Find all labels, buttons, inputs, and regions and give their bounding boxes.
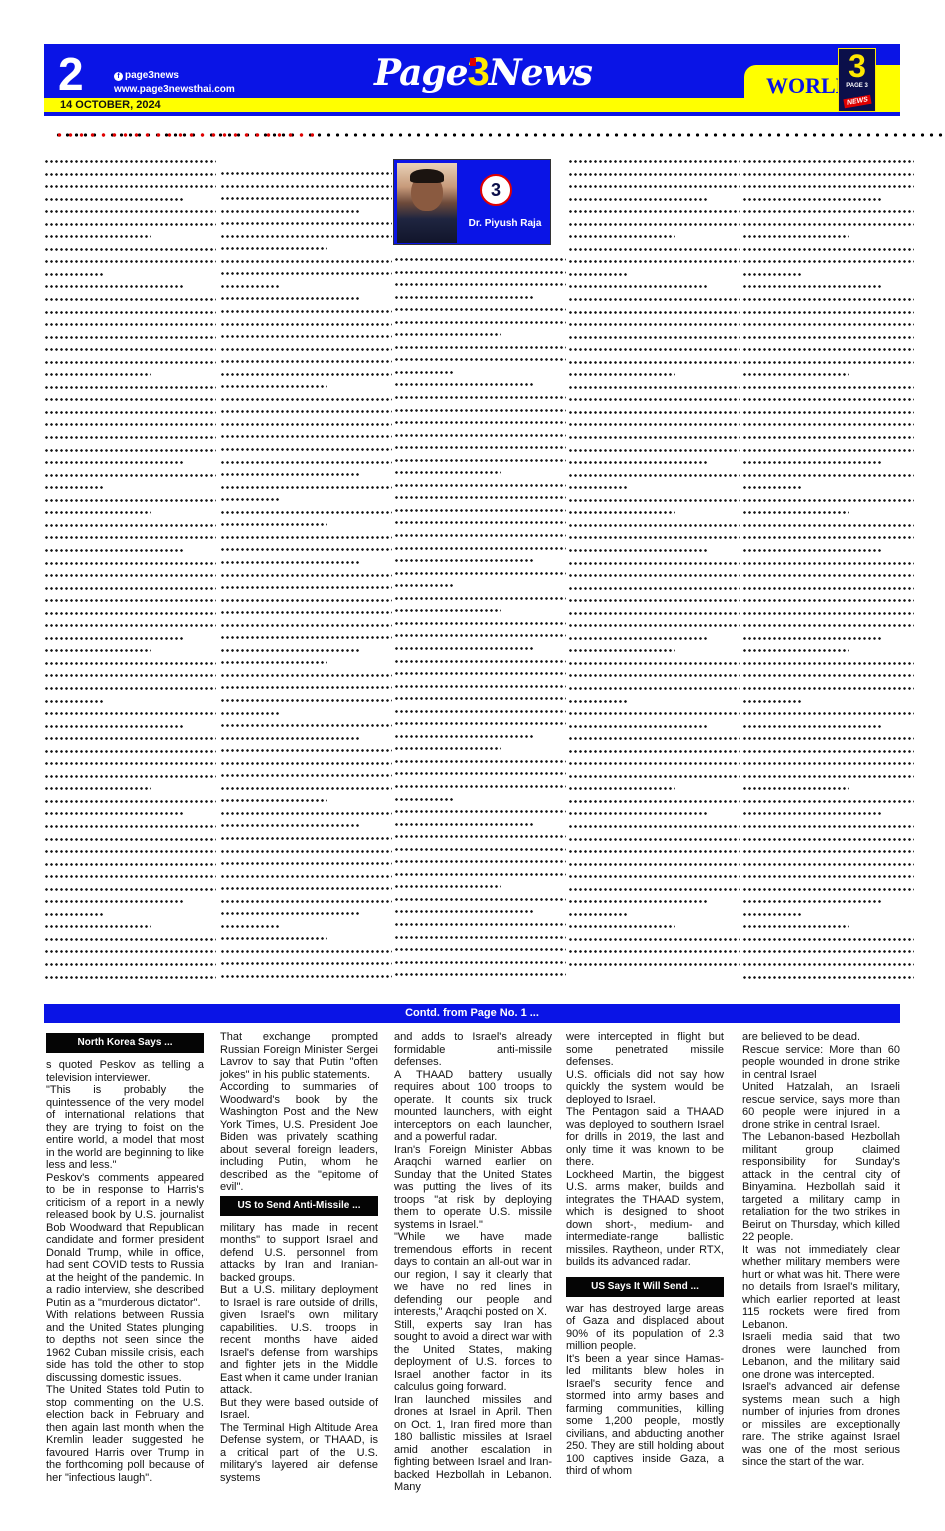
text-line-placeholder	[44, 398, 216, 401]
text-line-placeholder	[568, 536, 740, 539]
author-photo	[397, 163, 457, 243]
text-line-placeholder	[44, 173, 216, 176]
text-line-placeholder	[220, 247, 327, 250]
text-line-placeholder	[220, 448, 392, 451]
feature-column-1	[44, 160, 216, 988]
text-line-placeholder	[44, 524, 216, 527]
text-line-placeholder	[220, 335, 392, 338]
text-line-placeholder	[220, 398, 392, 401]
text-line-placeholder	[394, 496, 566, 499]
text-line-placeholder	[568, 775, 740, 778]
text-line-placeholder	[220, 812, 392, 815]
text-line-placeholder	[742, 725, 883, 728]
text-line-placeholder	[220, 900, 392, 903]
feature-column-2	[220, 172, 392, 988]
text-line-placeholder	[742, 624, 914, 627]
paragraph: The Lebanon-based Hezbollah militant gro…	[742, 1131, 900, 1244]
text-line-placeholder	[44, 637, 185, 640]
text-line-placeholder	[220, 272, 392, 275]
text-line-placeholder	[568, 386, 740, 389]
text-line-placeholder	[568, 210, 740, 213]
text-line-placeholder	[44, 574, 216, 577]
text-line-placeholder	[568, 474, 740, 477]
text-line-placeholder	[394, 321, 566, 324]
text-line-placeholder	[568, 549, 709, 552]
text-line-placeholder	[44, 499, 216, 502]
text-line-placeholder	[742, 398, 914, 401]
text-line-placeholder	[220, 762, 392, 765]
text-line-placeholder	[742, 235, 849, 238]
text-line-placeholder	[742, 173, 914, 176]
text-line-placeholder	[44, 599, 216, 602]
text-line-placeholder	[220, 197, 392, 200]
text-line-placeholder	[742, 423, 914, 426]
continued-banner: Contd. from Page No. 1 ...	[44, 1004, 900, 1023]
text-line-placeholder	[220, 523, 327, 526]
text-line-placeholder	[220, 862, 392, 865]
text-line-placeholder	[568, 185, 740, 188]
text-line-placeholder	[394, 672, 566, 675]
text-line-placeholder	[742, 674, 914, 677]
text-line-placeholder	[568, 373, 675, 376]
text-line-placeholder	[44, 248, 216, 251]
text-line-placeholder	[568, 674, 740, 677]
text-line-placeholder	[568, 260, 740, 263]
text-line-placeholder	[568, 273, 628, 276]
text-line-placeholder	[742, 160, 914, 163]
text-line-placeholder	[44, 198, 185, 201]
paragraph: were intercepted in flight but some pene…	[566, 1031, 724, 1069]
text-line-placeholder	[742, 461, 883, 464]
text-line-placeholder	[394, 409, 566, 412]
text-line-placeholder	[44, 210, 216, 213]
text-line-placeholder	[394, 308, 566, 311]
text-line-placeholder	[568, 649, 675, 652]
paragraph: Israeli media said that two drones were …	[742, 1331, 900, 1381]
brand-digit: 3	[468, 50, 489, 94]
text-line-placeholder	[220, 912, 361, 915]
text-line-placeholder	[742, 273, 802, 276]
text-line-placeholder	[44, 185, 216, 188]
text-line-placeholder	[220, 373, 392, 376]
text-line-placeholder	[44, 863, 216, 866]
text-line-placeholder	[220, 297, 361, 300]
paragraph: Israel's advanced air defense systems me…	[742, 1381, 900, 1469]
text-line-placeholder	[568, 812, 709, 815]
text-line-placeholder	[44, 361, 216, 364]
text-line-placeholder	[44, 787, 151, 790]
text-line-placeholder	[44, 674, 216, 677]
text-line-placeholder	[220, 887, 392, 890]
text-line-placeholder	[220, 423, 392, 426]
text-line-placeholder	[742, 963, 914, 966]
text-line-placeholder	[394, 609, 501, 612]
paragraph: Still, experts say Iran has sought to av…	[394, 1319, 552, 1394]
text-line-placeholder	[394, 647, 535, 650]
text-line-placeholder	[220, 222, 392, 225]
text-line-placeholder	[742, 649, 849, 652]
text-line-placeholder	[394, 333, 501, 336]
paragraph: U.S. officials did not say how quickly t…	[566, 1069, 724, 1107]
feature-column-3	[394, 258, 566, 986]
text-line-placeholder	[394, 785, 566, 788]
continued-column-3: and adds to Israel's already formidable …	[394, 1031, 552, 1494]
text-line-placeholder	[742, 574, 914, 577]
paragraph: and adds to Israel's already formidable …	[394, 1031, 552, 1069]
text-line-placeholder	[742, 285, 883, 288]
text-line-placeholder	[394, 459, 566, 462]
text-line-placeholder	[220, 210, 361, 213]
text-line-placeholder	[394, 697, 566, 700]
text-line-placeholder	[742, 687, 914, 690]
page3-logo-icon: 3	[480, 174, 512, 206]
text-line-placeholder	[394, 735, 535, 738]
text-line-placeholder	[44, 800, 216, 803]
text-line-placeholder	[220, 661, 327, 664]
text-line-placeholder	[742, 449, 914, 452]
text-line-placeholder	[394, 885, 501, 888]
text-line-placeholder	[220, 837, 392, 840]
paragraph: But a U.S. military deployment to Israel…	[220, 1284, 378, 1397]
text-line-placeholder	[220, 824, 361, 827]
text-line-placeholder	[394, 358, 566, 361]
text-line-placeholder	[220, 799, 327, 802]
text-line-placeholder	[742, 612, 914, 615]
text-line-placeholder	[742, 298, 914, 301]
text-line-placeholder	[44, 423, 216, 426]
text-line-placeholder	[742, 750, 914, 753]
text-line-placeholder	[44, 323, 216, 326]
text-line-placeholder	[220, 385, 327, 388]
text-line-placeholder	[44, 260, 216, 263]
text-line-placeholder	[44, 950, 216, 953]
text-line-placeholder	[394, 923, 566, 926]
brand-logo: Page3News	[374, 50, 592, 95]
text-line-placeholder	[568, 725, 709, 728]
text-line-placeholder	[742, 474, 914, 477]
text-line-placeholder	[394, 371, 454, 374]
paragraph: It was not immediately clear whether mil…	[742, 1244, 900, 1332]
text-line-placeholder	[742, 712, 914, 715]
text-line-placeholder	[568, 160, 740, 163]
text-line-placeholder	[394, 271, 566, 274]
paragraph: It's been a year since Hamas-led militan…	[566, 1353, 724, 1478]
text-line-placeholder	[44, 223, 216, 226]
text-line-placeholder	[394, 798, 454, 801]
text-line-placeholder	[568, 637, 709, 640]
text-line-placeholder	[394, 685, 566, 688]
masthead: 2 fpage3news www.page3newsthai.com Page3…	[44, 44, 900, 116]
text-line-placeholder	[394, 509, 566, 512]
text-line-placeholder	[568, 737, 740, 740]
paragraph: Peskov's comments appeared to be in resp…	[46, 1172, 204, 1310]
text-line-placeholder	[568, 900, 709, 903]
text-line-placeholder	[44, 474, 216, 477]
text-line-placeholder	[568, 875, 740, 878]
text-line-placeholder	[220, 348, 392, 351]
text-line-placeholder	[568, 838, 740, 841]
text-line-placeholder	[44, 938, 216, 941]
text-line-placeholder	[568, 624, 740, 627]
text-line-placeholder	[568, 449, 740, 452]
text-line-placeholder	[44, 737, 216, 740]
text-line-placeholder	[742, 511, 849, 514]
text-line-placeholder	[742, 411, 914, 414]
text-line-placeholder	[394, 973, 566, 976]
subhead-anti-missile: US to Send Anti-Missile ...	[220, 1196, 378, 1216]
text-line-placeholder	[394, 446, 566, 449]
text-line-placeholder	[742, 361, 914, 364]
paragraph: But they were based outside of Israel.	[220, 1397, 378, 1422]
facebook-handle[interactable]: fpage3news	[114, 69, 235, 83]
text-line-placeholder	[742, 913, 802, 916]
text-line-placeholder	[220, 649, 361, 652]
text-line-placeholder	[44, 963, 216, 966]
text-line-placeholder	[394, 860, 566, 863]
text-line-placeholder	[568, 499, 740, 502]
text-line-placeholder	[44, 838, 216, 841]
text-line-placeholder	[742, 875, 914, 878]
text-line-placeholder	[568, 398, 740, 401]
text-line-placeholder	[568, 511, 675, 514]
text-line-placeholder	[742, 900, 883, 903]
text-line-placeholder	[742, 812, 883, 815]
text-line-placeholder	[44, 449, 216, 452]
text-line-placeholder	[44, 825, 216, 828]
continued-column-2: That exchange prompted Russian Foreign M…	[220, 1031, 378, 1484]
text-line-placeholder	[742, 587, 914, 590]
text-line-placeholder	[394, 383, 535, 386]
text-line-placeholder	[394, 534, 566, 537]
text-line-placeholder	[220, 712, 280, 715]
text-line-placeholder	[44, 888, 216, 891]
text-line-placeholder	[568, 612, 740, 615]
text-line-placeholder	[568, 348, 740, 351]
text-line-placeholder	[742, 386, 914, 389]
text-line-placeholder	[742, 486, 802, 489]
website-link[interactable]: www.page3newsthai.com	[114, 83, 235, 97]
text-line-placeholder	[44, 976, 216, 979]
text-line-placeholder	[742, 762, 914, 765]
paragraph: The United States told Putin to stop com…	[46, 1384, 204, 1484]
text-line-placeholder	[220, 699, 392, 702]
text-line-placeholder	[742, 950, 914, 953]
text-line-placeholder	[220, 749, 392, 752]
continued-column-1: North Korea Says ... s quoted Peskov as …	[46, 1031, 204, 1484]
text-line-placeholder	[394, 521, 566, 524]
text-line-placeholder	[220, 461, 392, 464]
text-line-placeholder	[44, 875, 216, 878]
paragraph: The Pentagon said a THAAD was deployed t…	[566, 1106, 724, 1169]
text-line-placeholder	[44, 850, 216, 853]
text-line-placeholder	[220, 624, 392, 627]
text-line-placeholder	[44, 925, 151, 928]
text-line-placeholder	[220, 536, 392, 539]
text-line-placeholder	[394, 760, 566, 763]
text-line-placeholder	[568, 361, 740, 364]
text-line-placeholder	[44, 373, 151, 376]
text-line-placeholder	[220, 310, 392, 313]
text-line-placeholder	[394, 434, 566, 437]
text-line-placeholder	[742, 888, 914, 891]
paragraph: "While we have made tremendous efforts i…	[394, 1231, 552, 1319]
text-line-placeholder	[568, 712, 740, 715]
text-line-placeholder	[220, 599, 392, 602]
text-line-placeholder	[568, 850, 740, 853]
text-line-placeholder	[220, 875, 392, 878]
text-line-placeholder	[44, 536, 216, 539]
feature-column-5	[742, 160, 914, 988]
text-line-placeholder	[44, 725, 185, 728]
text-line-placeholder	[44, 712, 216, 715]
text-line-placeholder	[568, 461, 709, 464]
text-line-placeholder	[394, 961, 566, 964]
text-line-placeholder	[742, 838, 914, 841]
author-name: Dr. Piyush Raja	[460, 218, 550, 229]
text-line-placeholder	[220, 686, 392, 689]
text-line-placeholder	[742, 800, 914, 803]
text-line-placeholder	[568, 599, 740, 602]
text-line-placeholder	[742, 549, 883, 552]
text-line-placeholder	[220, 185, 392, 188]
text-line-placeholder	[394, 622, 566, 625]
text-line-placeholder	[742, 524, 914, 527]
text-line-placeholder	[220, 737, 361, 740]
text-line-placeholder	[394, 810, 566, 813]
text-line-placeholder	[44, 700, 104, 703]
feature-column-4	[568, 160, 740, 976]
text-line-placeholder	[394, 710, 566, 713]
text-line-placeholder	[220, 937, 327, 940]
text-line-placeholder	[44, 160, 216, 163]
paragraph: United Hatzalah, an Israeli rescue servi…	[742, 1081, 900, 1131]
text-line-placeholder	[220, 235, 392, 238]
text-line-placeholder	[568, 285, 709, 288]
text-line-placeholder	[44, 762, 216, 765]
text-line-placeholder	[394, 597, 566, 600]
text-line-placeholder	[44, 649, 151, 652]
text-line-placeholder	[220, 850, 392, 853]
text-line-placeholder	[220, 511, 392, 514]
text-line-placeholder	[44, 411, 216, 414]
text-line-placeholder	[568, 925, 675, 928]
text-line-placeholder	[394, 873, 566, 876]
text-line-placeholder	[742, 323, 914, 326]
text-line-placeholder	[44, 348, 216, 351]
text-line-placeholder	[394, 258, 566, 261]
text-line-placeholder	[742, 775, 914, 778]
text-line-placeholder	[44, 913, 104, 916]
text-line-placeholder	[220, 586, 392, 589]
text-line-placeholder	[44, 612, 216, 615]
paragraph: That exchange prompted Russian Foreign M…	[220, 1031, 378, 1081]
text-line-placeholder	[742, 198, 883, 201]
text-line-placeholder	[568, 700, 628, 703]
text-line-placeholder	[220, 473, 361, 476]
text-line-placeholder	[568, 888, 740, 891]
text-line-placeholder	[568, 787, 675, 790]
text-line-placeholder	[220, 410, 392, 413]
paragraph: are believed to be dead.	[742, 1031, 900, 1044]
text-line-placeholder	[44, 298, 216, 301]
text-line-placeholder	[394, 772, 566, 775]
text-line-placeholder	[220, 925, 280, 928]
text-line-placeholder	[742, 850, 914, 853]
text-line-placeholder	[742, 662, 914, 665]
text-line-placeholder	[394, 747, 501, 750]
text-line-placeholder	[44, 812, 185, 815]
text-line-placeholder	[742, 562, 914, 565]
text-line-placeholder	[568, 574, 740, 577]
text-line-placeholder	[742, 436, 914, 439]
subhead-north-korea: North Korea Says ...	[46, 1033, 204, 1053]
text-line-placeholder	[44, 750, 216, 753]
text-line-placeholder	[44, 386, 216, 389]
text-line-placeholder	[568, 562, 740, 565]
text-line-placeholder	[44, 900, 185, 903]
text-line-placeholder	[394, 396, 566, 399]
contact-info: fpage3news www.page3newsthai.com	[114, 69, 235, 97]
text-line-placeholder	[742, 825, 914, 828]
text-line-placeholder	[220, 611, 392, 614]
subhead-us-says: US Says It Will Send ...	[566, 1277, 724, 1297]
text-line-placeholder	[220, 498, 280, 501]
text-line-placeholder	[44, 336, 216, 339]
text-line-placeholder	[220, 285, 280, 288]
text-line-placeholder	[568, 248, 740, 251]
text-line-placeholder	[568, 436, 740, 439]
text-line-placeholder	[742, 210, 914, 213]
text-line-placeholder	[220, 950, 392, 953]
text-line-placeholder	[742, 499, 914, 502]
text-line-placeholder	[44, 587, 216, 590]
issue-date: 14 OCTOBER, 2024	[60, 97, 161, 113]
text-line-placeholder	[394, 835, 566, 838]
text-line-placeholder	[742, 536, 914, 539]
text-line-placeholder	[220, 561, 361, 564]
text-line-placeholder	[568, 913, 628, 916]
headline-highlight	[54, 131, 314, 139]
text-line-placeholder	[220, 323, 392, 326]
text-line-placeholder	[568, 323, 740, 326]
text-line-placeholder	[742, 925, 849, 928]
text-line-placeholder	[568, 223, 740, 226]
text-line-placeholder	[394, 660, 566, 663]
text-line-placeholder	[394, 559, 535, 562]
text-line-placeholder	[44, 687, 216, 690]
text-line-placeholder	[568, 336, 740, 339]
text-line-placeholder	[394, 823, 535, 826]
text-line-placeholder	[568, 311, 740, 314]
paragraph: military has made in recent months" to s…	[220, 1222, 378, 1285]
text-line-placeholder	[394, 346, 566, 349]
text-line-placeholder	[44, 486, 104, 489]
text-line-placeholder	[742, 976, 914, 979]
text-line-placeholder	[568, 963, 740, 966]
text-line-placeholder	[742, 863, 914, 866]
page-number: 2	[58, 48, 84, 100]
text-line-placeholder	[394, 283, 566, 286]
text-line-placeholder	[568, 198, 709, 201]
paragraph: According to summaries of Woodward's boo…	[220, 1081, 378, 1194]
continued-column-5: are believed to be dead. Rescue service:…	[742, 1031, 900, 1469]
text-line-placeholder	[742, 637, 883, 640]
text-line-placeholder	[742, 223, 914, 226]
headline-placeholder	[54, 131, 945, 139]
text-line-placeholder	[44, 285, 185, 288]
text-line-placeholder	[568, 687, 740, 690]
text-line-placeholder	[220, 548, 392, 551]
